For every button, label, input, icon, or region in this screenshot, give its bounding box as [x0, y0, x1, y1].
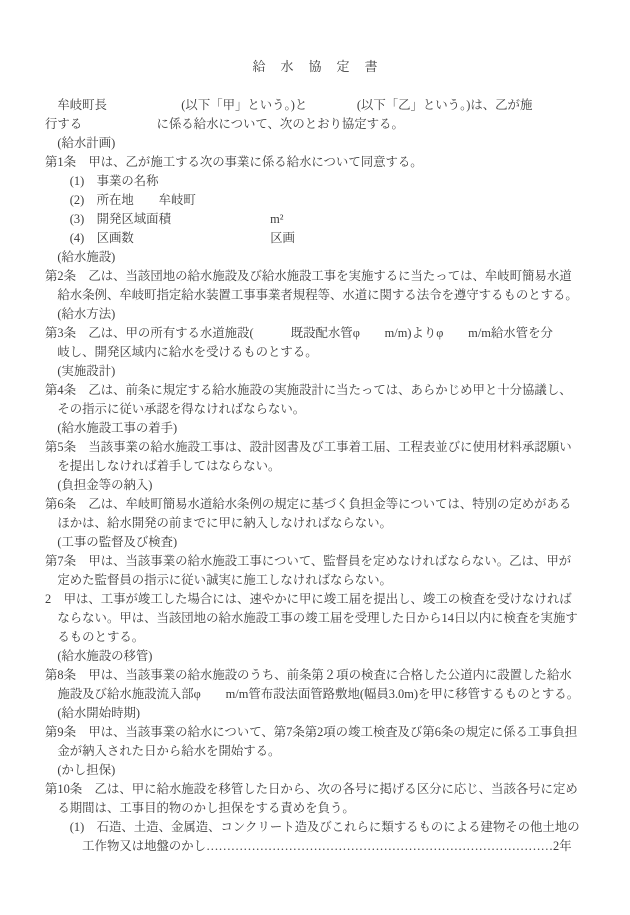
- document-line: 金が納入された日から給水を開始する。: [45, 742, 586, 761]
- document-line: ならない。甲は、当該団地の給水施設工事の竣工届を受理した日から14日以内に検査を…: [45, 609, 586, 628]
- document-line: (2) 所在地 牟岐町: [45, 191, 586, 210]
- document-line: 行する に係る給水について、次のとおり協定する。: [45, 115, 586, 134]
- document-line: (1) 石造、土造、金属造、コンクリート造及びこれらに類するものによる建物その他…: [45, 818, 586, 837]
- document-line: (1) 事業の名称: [45, 172, 586, 191]
- document-line: 第4条 乙は、前条に規定する給水施設の実施設計に当たっては、あらかじめ甲と十分協…: [45, 381, 586, 400]
- document-line: (給水開始時期): [45, 704, 586, 723]
- document-line: 第2条 乙は、当該団地の給水施設及び給水施設工事を実施するに当たっては、牟岐町簡…: [45, 267, 586, 286]
- document-line: るものとする。: [45, 628, 586, 647]
- document-line: その指示に従い承認を得なければならない。: [45, 400, 586, 419]
- document-line: 定めた監督員の指示に従い誠実に施工しなければならない。: [45, 571, 586, 590]
- document-line: (給水施設の移管): [45, 647, 586, 666]
- document-line: (3) 開発区域面積 m²: [45, 210, 586, 229]
- document-page: 給 水 協 定 書 牟岐町長 (以下「甲」という。)と (以下「乙」という。)は…: [0, 0, 630, 915]
- document-line: 牟岐町長 (以下「甲」という。)と (以下「乙」という。)は、乙が施: [45, 96, 586, 115]
- document-line: (工事の監督及び検査): [45, 533, 586, 552]
- document-line: る期間は、工事目的物のかし担保をする責めを負う。: [45, 799, 586, 818]
- document-line: (給水施設): [45, 248, 586, 267]
- document-line: 第1条 甲は、乙が施工する次の事業に係る給水について同意する。: [45, 153, 586, 172]
- document-line: 施設及び給水施設流入部φ m/m管布設法面管路敷地(幅員3.0m)を甲に移管する…: [45, 685, 586, 704]
- document-line: 第7条 甲は、当該事業の給水施設工事について、監督員を定めなければならない。乙は…: [45, 552, 586, 571]
- document-line: (給水方法): [45, 305, 586, 324]
- document-line: 第6条 乙は、牟岐町簡易水道給水条例の規定に基づく負担金等については、特別の定め…: [45, 495, 586, 514]
- document-line: (かし担保): [45, 761, 586, 780]
- document-line: 第3条 乙は、甲の所有する水道施設( 既設配水管φ m/m)よりφ m/m給水管…: [45, 324, 586, 343]
- document-line: 第10条 乙は、甲に給水施設を移管した日から、次の各号に掲げる区分に応じ、当該各…: [45, 780, 586, 799]
- document-line: (4) 区画数 区画: [45, 229, 586, 248]
- document-line: (負担金等の納入): [45, 476, 586, 495]
- document-line: 給水条例、牟岐町指定給水装置工事事業者規程等、水道に関する法令を遵守するものとす…: [45, 286, 586, 305]
- document-line: 第9条 甲は、当該事業の給水について、第7条第2項の竣工検査及び第6条の規定に係…: [45, 723, 586, 742]
- document-line: 第8条 甲は、当該事業の給水施設のうち、前条第２項の検査に合格した公道内に設置し…: [45, 666, 586, 685]
- document-body: 牟岐町長 (以下「甲」という。)と (以下「乙」という。)は、乙が施行する に係…: [45, 96, 586, 856]
- document-line: 第5条 当該事業の給水施設工事は、設計図書及び工事着工届、工程表並びに使用材料承…: [45, 438, 586, 457]
- document-line: 工作物又は地盤のかし…………………………………………………………………………2年: [45, 837, 586, 856]
- document-line: ほかは、給水開発の前までに甲に納入しなければならない。: [45, 514, 586, 533]
- document-line: 岐し、開発区域内に給水を受けるものとする。: [45, 343, 586, 362]
- document-title: 給 水 協 定 書: [45, 57, 586, 76]
- document-line: (実施設計): [45, 362, 586, 381]
- document-line: を提出しなければ着手してはならない。: [45, 457, 586, 476]
- document-line: (給水施設工事の着手): [45, 419, 586, 438]
- document-line: (給水計画): [45, 134, 586, 153]
- document-line: 2 甲は、工事が竣工した場合には、速やかに甲に竣工届を提出し、竣工の検査を受けな…: [45, 590, 586, 609]
